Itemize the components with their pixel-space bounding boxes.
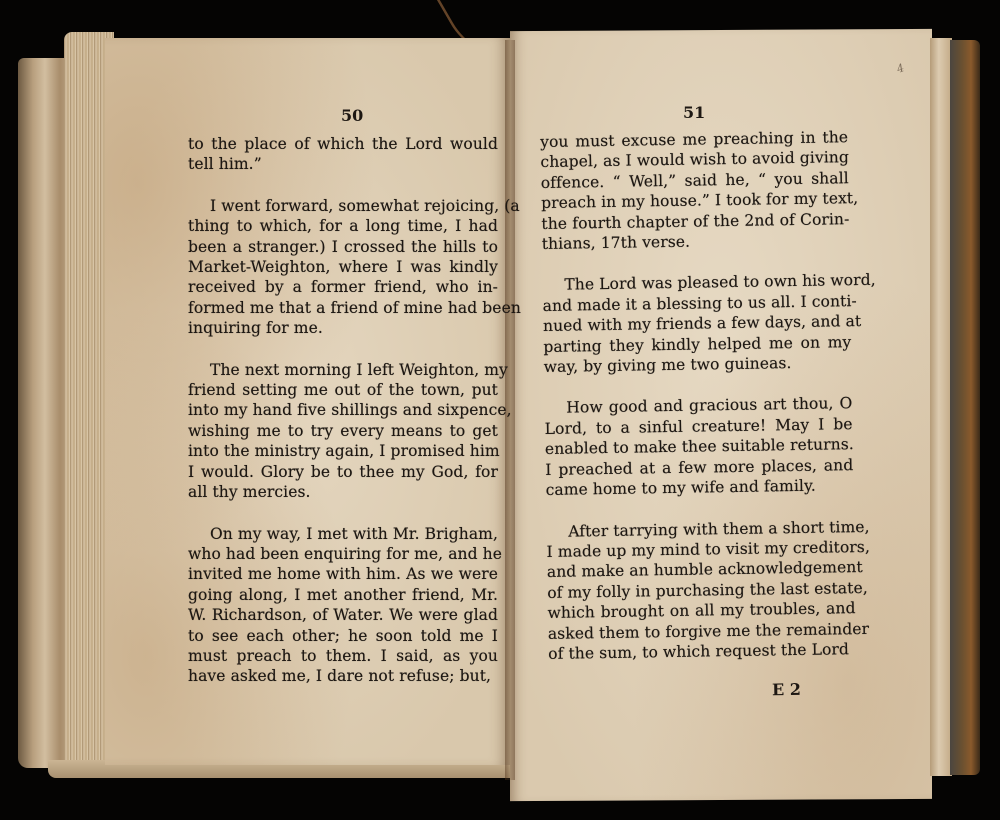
paragraph: How good and gracious art thou, OLord, t… (544, 394, 854, 501)
text-line: all thy mercies. (188, 482, 498, 502)
text-line: have asked me, I dare not refuse; but, (188, 666, 498, 686)
text-line: to see each other; he soon told me I (188, 626, 498, 646)
text-line: into my hand five shillings and sixpence… (188, 400, 498, 420)
text-line: of the sum, to which request the Lord (548, 639, 856, 664)
paragraph: On my way, I met with Mr. Brigham,who ha… (188, 524, 498, 687)
text-line: The next morning I left Weighton, my (188, 360, 498, 380)
paragraph: The next morning I left Weighton, myfrie… (188, 360, 498, 503)
text-line: Market-Weighton, where I was kindly (188, 257, 498, 277)
text-line: to the place of which the Lord would (188, 134, 498, 154)
text-line: wishing me to try every means to get (188, 421, 498, 441)
right-page-text: you must excuse me preaching in thechape… (540, 127, 857, 685)
text-line: inquiring for me. (188, 318, 498, 338)
text-line: tell him.” (188, 154, 498, 174)
text-line: thing to which, for a long time, I had (188, 216, 498, 236)
text-line: I would. Glory be to thee my God, for (188, 462, 498, 482)
left-page-number: 50 (341, 106, 363, 125)
text-line: thians, 17th verse. (542, 229, 850, 254)
left-page-text: to the place of which the Lord wouldtell… (188, 134, 498, 708)
paragraph: to the place of which the Lord wouldtell… (188, 134, 498, 175)
text-line: received by a former friend, who in- (188, 277, 498, 297)
right-page-number: 51 (683, 103, 705, 122)
text-line: I went forward, somewhat rejoicing, (a (188, 196, 498, 216)
paragraph: The Lord was pleased to own his word,and… (542, 271, 852, 378)
paragraph: I went forward, somewhat rejoicing, (ath… (188, 196, 498, 339)
text-line: formed me that a friend of mine had been (188, 298, 498, 318)
text-line: came home to my wife and family. (545, 475, 853, 500)
text-line: who had been enquiring for me, and he (188, 544, 498, 564)
text-line: way, by giving me two guineas. (544, 352, 852, 377)
text-line: W. Richardson, of Water. We were glad (188, 605, 498, 625)
paragraph: After tarrying with them a short time,I … (546, 517, 856, 665)
text-line: going along, I met another friend, Mr. (188, 585, 498, 605)
right-page-edges (930, 38, 952, 776)
text-line: invited me home with him. As we were (188, 564, 498, 584)
back-cover (950, 40, 980, 775)
text-line: into the ministry again, I promised him (188, 441, 498, 461)
text-line: On my way, I met with Mr. Brigham, (188, 524, 498, 544)
paragraph: you must excuse me preaching in thechape… (540, 127, 850, 254)
text-line: been a stranger.) I crossed the hills to (188, 237, 498, 257)
signature-mark: E 2 (772, 680, 801, 699)
book-photo: 50 51 4 to the place of which the Lord w… (0, 0, 1000, 820)
text-line: must preach to them. I said, as you (188, 646, 498, 666)
text-line: friend setting me out of the town, put (188, 380, 498, 400)
